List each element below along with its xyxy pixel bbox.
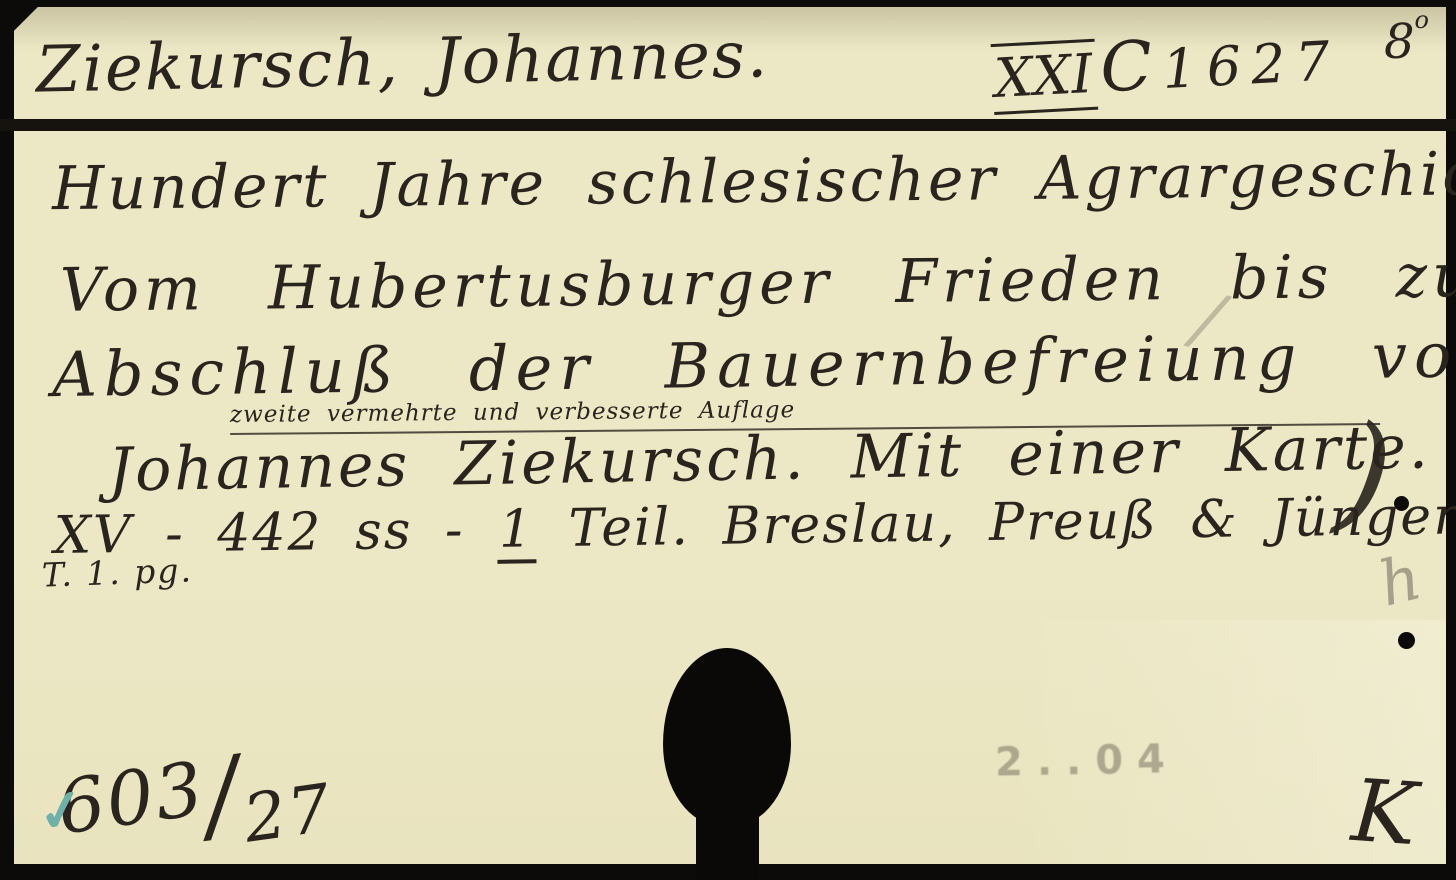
accession-year: 27: [240, 773, 337, 854]
scan-edge-left: [0, 0, 14, 880]
part-note: T. 1. pg.: [41, 553, 193, 593]
cataloger-initial: K: [1349, 766, 1419, 861]
format-digit: 8: [1384, 14, 1415, 70]
teal-checkmark: ✓: [33, 778, 89, 844]
catalog-card-scan: Ziekursch, Johannes. XXIC1627 8o Hundert…: [0, 0, 1456, 880]
ink-speck: [1398, 632, 1415, 649]
punch-hole-slot: [696, 796, 759, 880]
collation-post: Teil.: [536, 497, 691, 559]
scan-edge-top: [0, 0, 1456, 7]
shelfmark-roman-numeral: XXI: [991, 39, 1099, 115]
format-superscript: o: [1415, 6, 1429, 34]
ink-speck: [1394, 496, 1409, 511]
title-line-2: Vom Hubertusburger Frieden bis zum: [60, 244, 1456, 322]
title-line-1: Hundert Jahre schlesischer Agrargeschich…: [52, 142, 1456, 221]
author-heading: Ziekursch, Johannes.: [35, 22, 769, 105]
scan-edge-right: [1446, 0, 1456, 880]
imprint: Breslau, Preuß & Jünger 1917: [722, 484, 1456, 557]
shelfmark-letter: C: [1098, 27, 1154, 109]
collation-underlined-one: 1: [497, 499, 537, 564]
format-octavo-mark: 8o: [1384, 8, 1429, 67]
shelfmark-number: 1627: [1161, 29, 1341, 101]
header-rule-line: [0, 119, 1456, 131]
faint-date-stamp: 2..04: [995, 738, 1180, 783]
